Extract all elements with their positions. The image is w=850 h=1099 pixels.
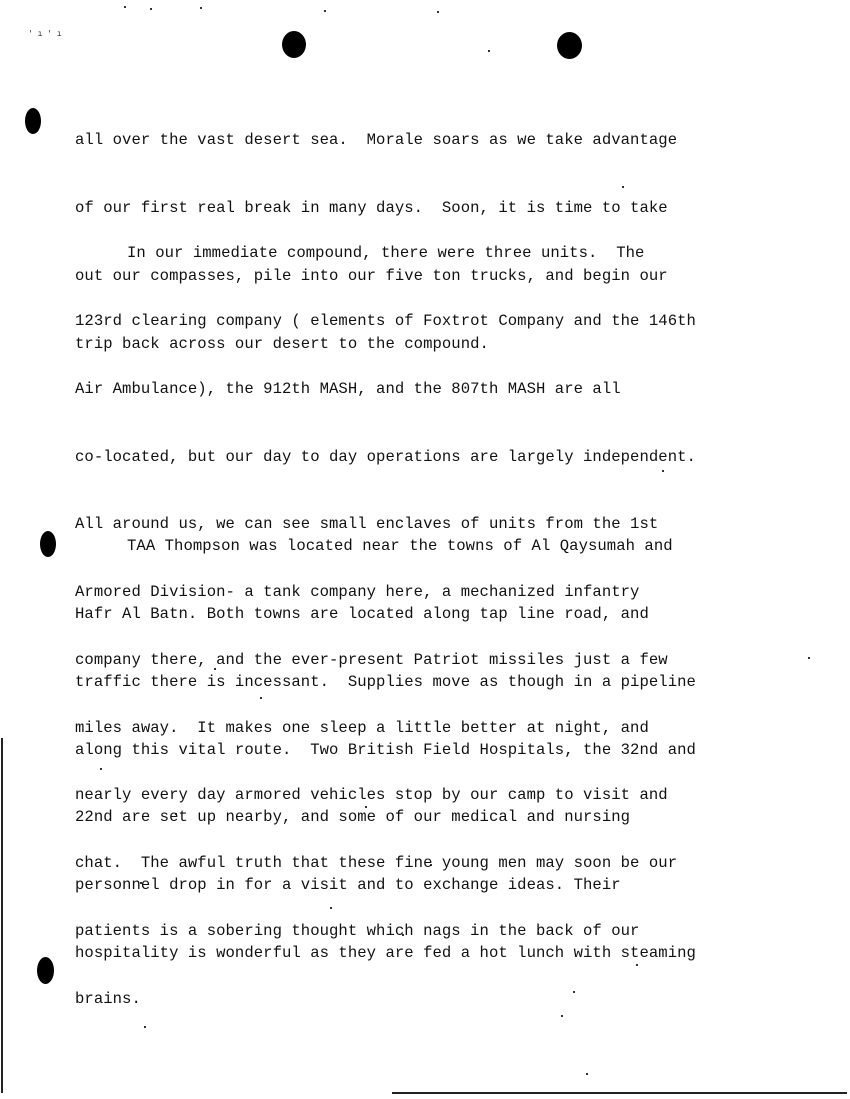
scan-speck [808,657,810,659]
scan-speck [200,7,202,9]
paragraph-3: TAA Thompson was located near the towns … [75,490,775,1010]
scan-speck [586,1073,588,1075]
text-line: Air Ambulance), the 912th MASH, and the … [75,378,775,401]
scan-speck [324,10,326,12]
text-line: all over the vast desert sea. Morale soa… [75,129,775,152]
scan-bottom-rule [392,1092,847,1094]
scan-speck [124,6,126,8]
scan-artifact-marks: ' ı ' ı [28,30,62,39]
text-line: 123rd clearing company ( elements of Fox… [75,310,775,333]
text-line: along this vital route. Two British Fiel… [75,739,775,762]
scan-edge-line [1,738,3,1093]
text-line: hospitality is wonderful as they are fed… [75,942,775,965]
punch-hole-margin-upper [25,108,41,134]
scan-speck [488,50,490,52]
scanned-document-page: ' ı ' ı all over the vast desert sea. Mo… [0,0,850,1099]
text-line: Hafr Al Batn. Both towns are located alo… [75,603,775,626]
punch-hole-top-left [282,31,306,58]
punch-hole-top-right [557,32,582,59]
text-line: In our immediate compound, there were th… [75,242,775,265]
text-line: co-located, but our day to day operation… [75,446,775,469]
text-line: TAA Thompson was located near the towns … [75,535,775,558]
text-line: personnel drop in for a visit and to exc… [75,874,775,897]
scan-speck [437,11,439,13]
scan-speck [150,8,152,10]
punch-hole-margin-middle [40,531,56,557]
text-line: traffic there is incessant. Supplies mov… [75,671,775,694]
text-line: 22nd are set up nearby, and some of our … [75,806,775,829]
punch-hole-margin-lower [37,957,54,984]
